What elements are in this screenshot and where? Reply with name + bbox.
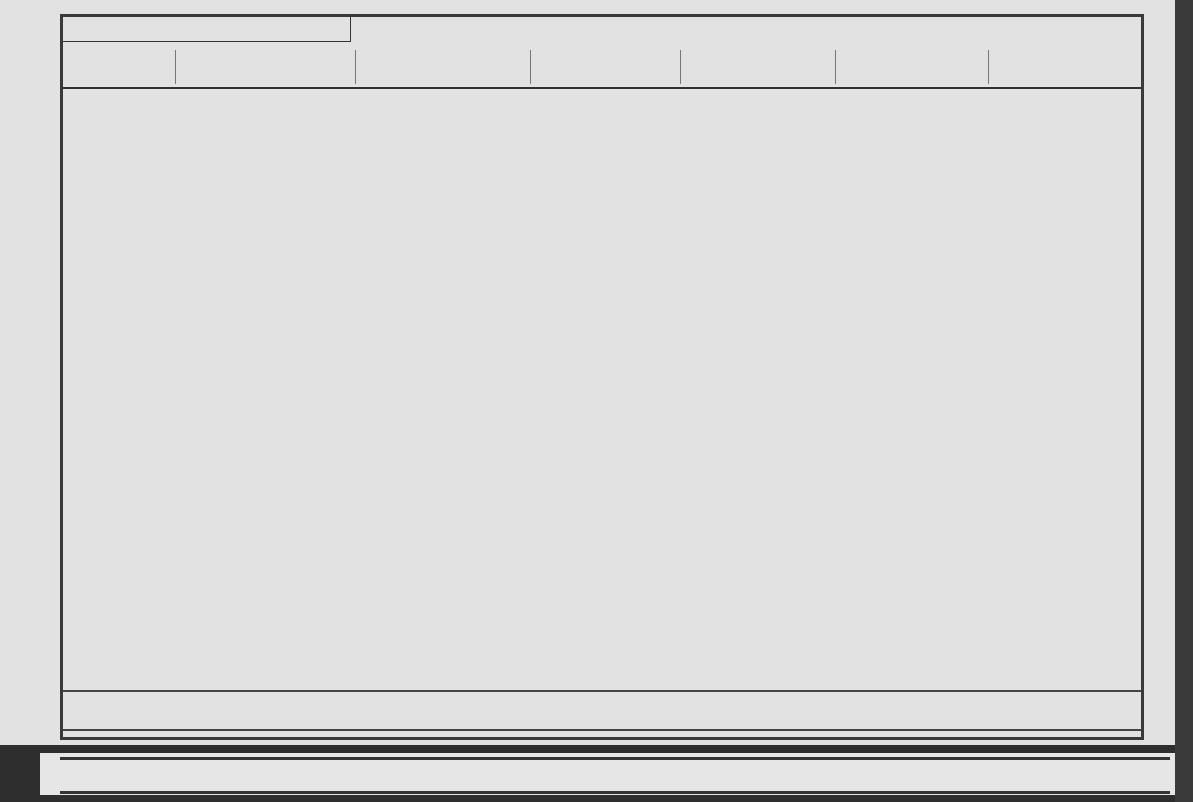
census-sheet [0,0,1175,745]
page-edge [1175,0,1193,802]
admin-county-box [63,17,351,42]
record-office-footer [40,753,1175,795]
form-frame [60,14,1144,740]
